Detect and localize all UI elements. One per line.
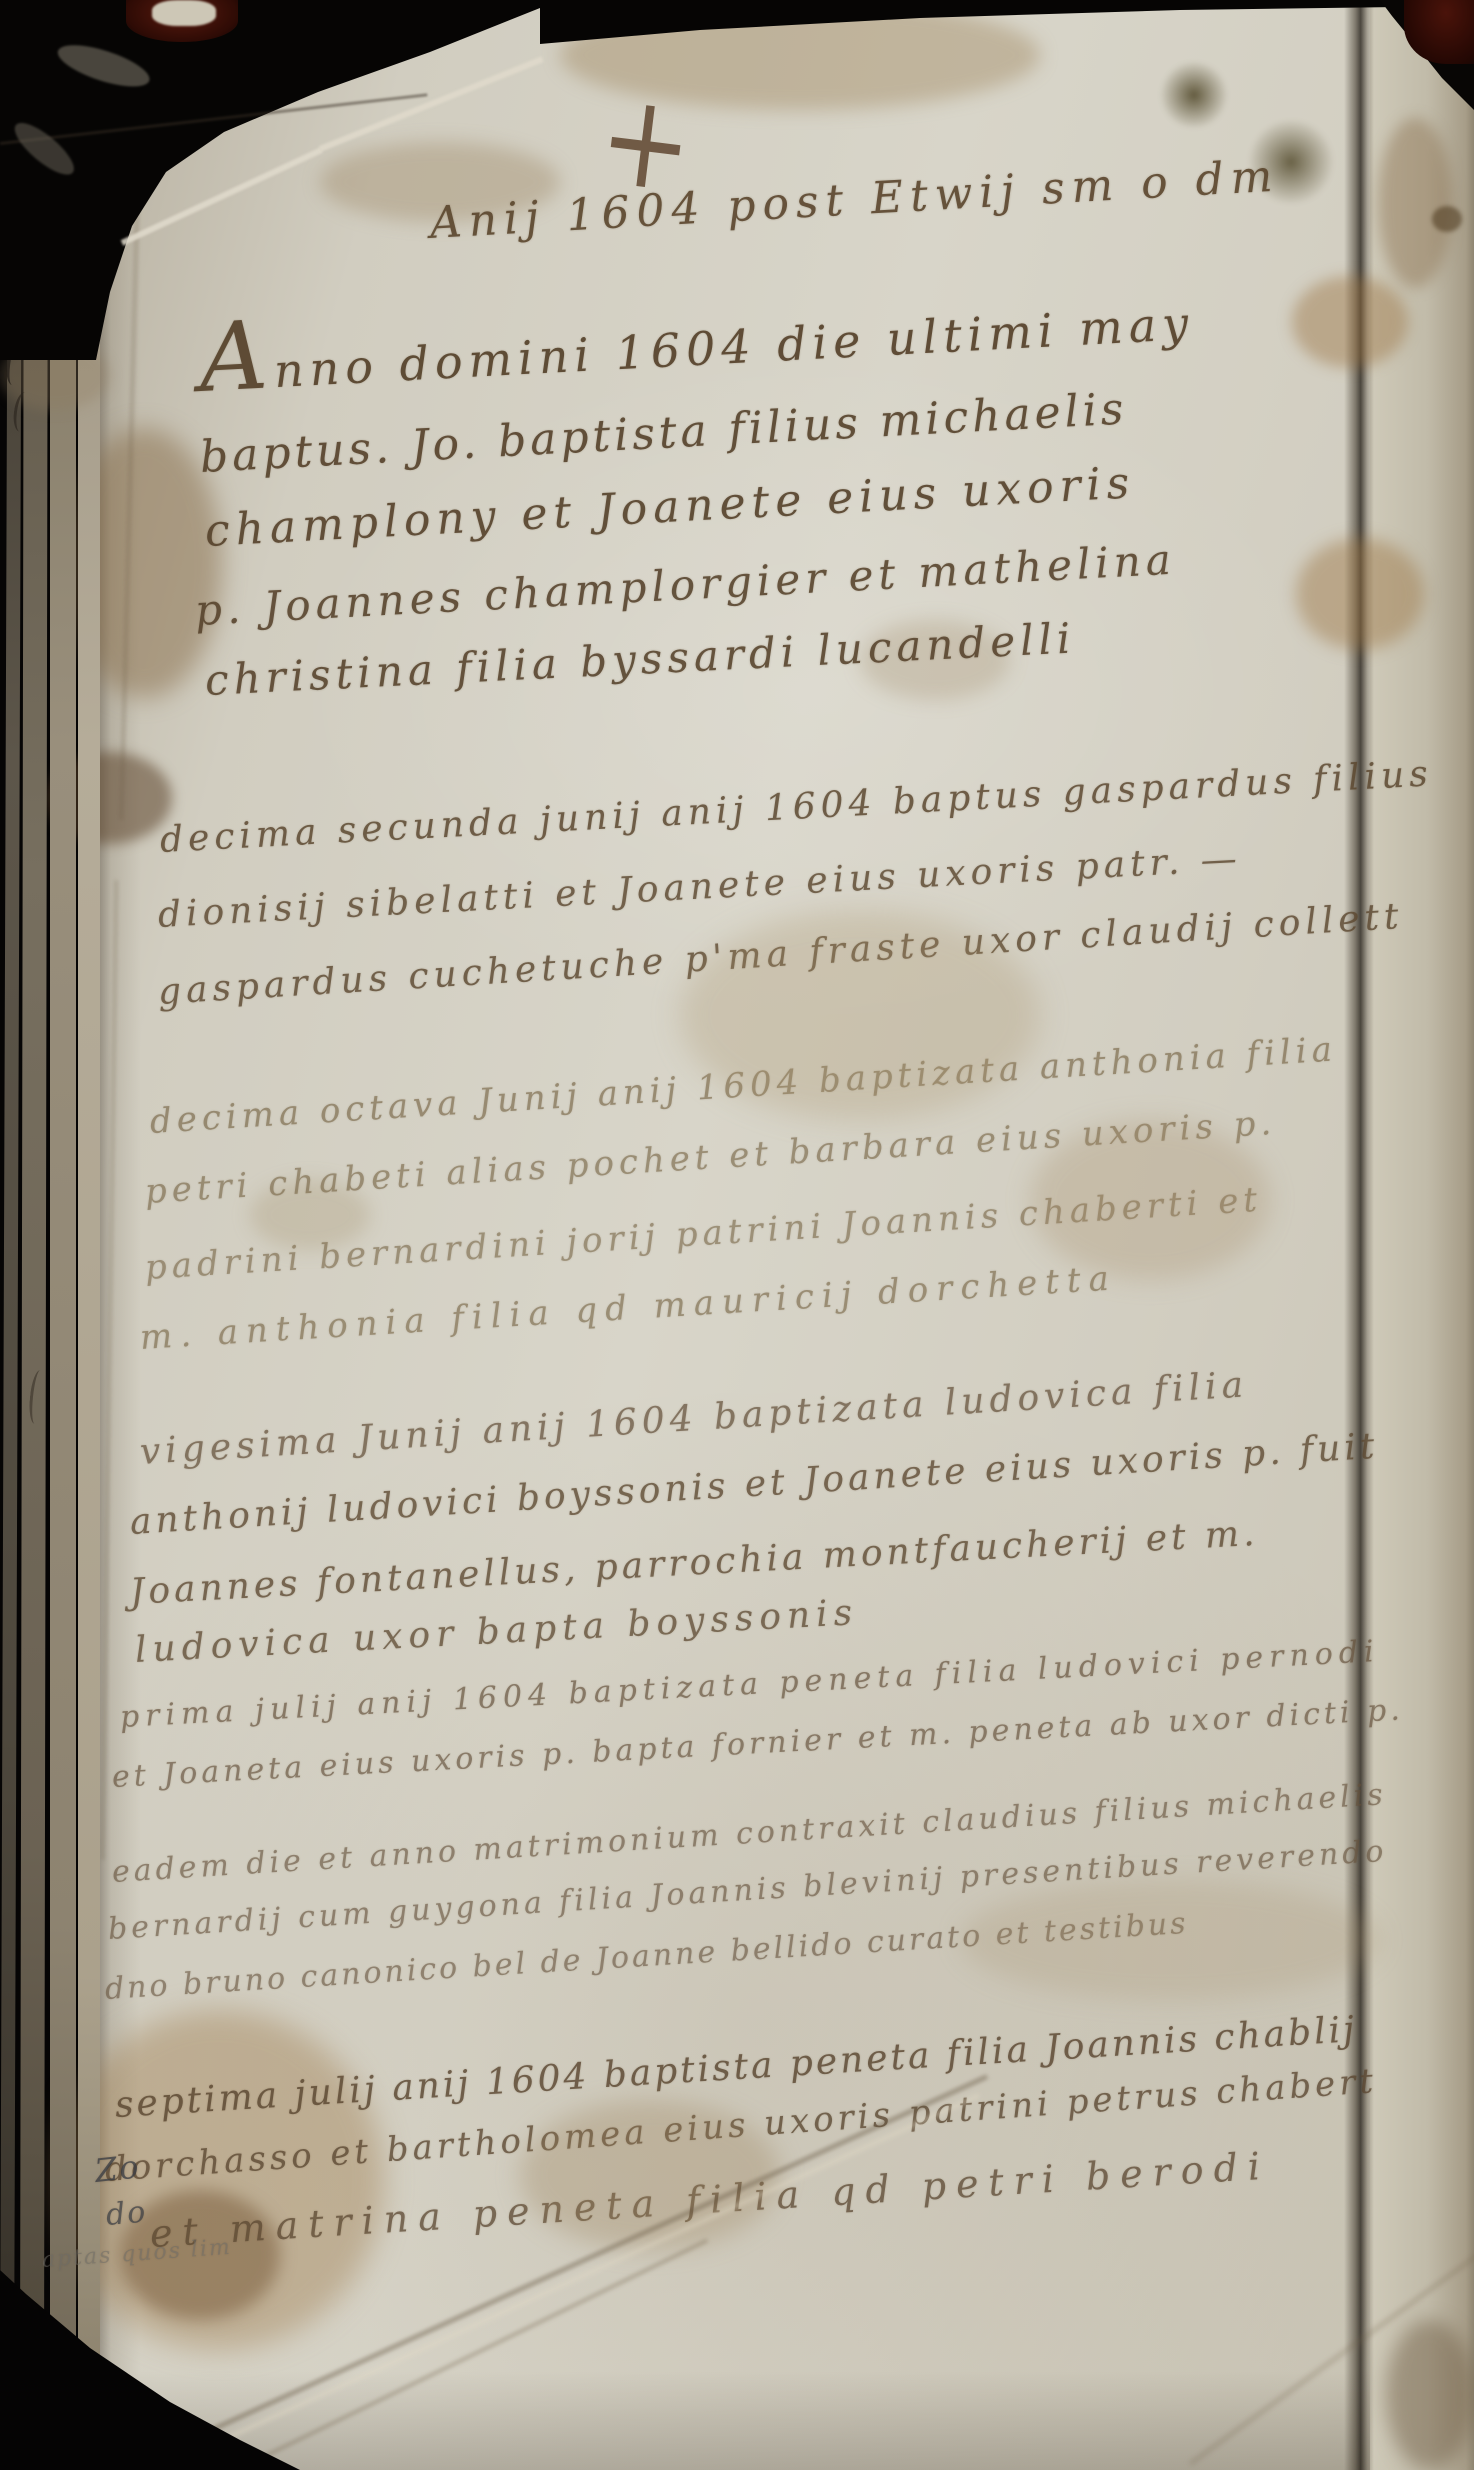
stain <box>1432 206 1462 232</box>
stain <box>680 910 1040 1120</box>
underlying-page-edge <box>1370 0 1474 2470</box>
stain <box>1296 538 1424 650</box>
stain <box>1292 276 1408 368</box>
stain <box>960 1880 1380 2000</box>
stain <box>1158 62 1230 128</box>
stain <box>1378 118 1452 288</box>
ink-scribble: do <box>104 2194 148 2232</box>
manuscript-scan: + Anij 1604 post Etwij sm o dm Anno domi… <box>0 0 1474 2470</box>
paper-fragment <box>152 0 216 26</box>
stain <box>1030 1120 1270 1280</box>
ink-scribble: Zo <box>93 2147 142 2190</box>
stain <box>1386 2320 1474 2470</box>
